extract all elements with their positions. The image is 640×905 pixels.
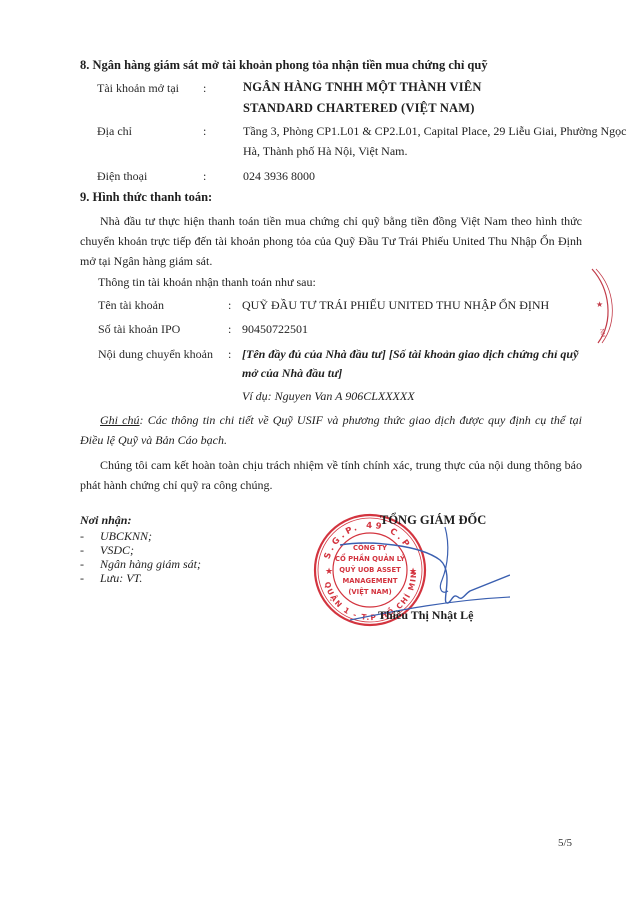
note-paragraph: Ghi chú: Các thông tin chi tiết về Quỹ U…	[80, 410, 582, 450]
section-8-heading: 8. Ngân hàng giám sát mở tài khoản phong…	[80, 58, 488, 73]
transfer-content-line1: [Tên đầy đủ của Nhà đầu tư] [Số tài khoả…	[242, 347, 578, 362]
document-page: 8. Ngân hàng giám sát mở tài khoản phong…	[0, 0, 640, 905]
signatory-name: Thiều Thị Nhật Lệ	[378, 608, 473, 623]
section-9-heading: 9. Hình thức thanh toán:	[80, 190, 212, 205]
colon: :	[228, 322, 231, 337]
account-name-value: QUỸ ĐẦU TƯ TRÁI PHIẾU UNITED THU NHẬP ỔN…	[242, 298, 549, 313]
svg-text:NH: NH	[598, 328, 606, 338]
colon: :	[228, 298, 231, 313]
phone-value: 024 3936 8000	[243, 169, 315, 184]
commitment-paragraph: Chúng tôi cam kết hoàn toàn chịu trách n…	[80, 455, 582, 495]
label-address: Địa chỉ	[97, 124, 132, 139]
transfer-content-line2: mở của Nhà đầu tư]	[242, 366, 342, 381]
edge-seal-icon: ★ NH	[588, 265, 628, 345]
label-account-name: Tên tài khoản	[98, 298, 164, 313]
colon: :	[203, 169, 206, 184]
recipient-item: -UBCKNN;	[80, 529, 152, 544]
payment-paragraph: Nhà đầu tư thực hiện thanh toán tiền mua…	[80, 211, 582, 271]
signature-title: TỔNG GIÁM ĐỐC	[380, 513, 486, 528]
recipient-item: -VSDC;	[80, 543, 134, 558]
colon: :	[228, 347, 231, 362]
address-line1: Tầng 3, Phòng CP1.L01 & CP2.L01, Capital…	[243, 124, 627, 139]
transfer-content-example: Ví dụ: Nguyen Van A 906CLXXXXX	[242, 389, 415, 404]
recipient-item: -Ngân hàng giám sát;	[80, 557, 201, 572]
colon: :	[203, 81, 206, 96]
recipient-item: -Lưu: VT.	[80, 571, 142, 586]
svg-text:★: ★	[596, 300, 603, 309]
account-info-intro: Thông tin tài khoản nhận thanh toán như …	[98, 275, 316, 290]
label-transfer-content: Nội dung chuyển khoản	[98, 347, 213, 362]
colon: :	[203, 124, 206, 139]
note-label: Ghi chú	[100, 413, 140, 427]
ipo-account-number-value: 90450722501	[242, 322, 308, 337]
label-ipo-account-number: Số tài khoản IPO	[98, 322, 180, 337]
bank-name-line2: STANDARD CHARTERED (VIỆT NAM)	[243, 101, 475, 116]
note-text: : Các thông tin chi tiết về Quỹ USIF và …	[80, 413, 582, 447]
address-line2: Hà, Thành phố Hà Nội, Việt Nam.	[243, 144, 407, 159]
bank-name-line1: NGÂN HÀNG TNHH MỘT THÀNH VIÊN	[243, 80, 482, 95]
label-account-opened-at: Tài khoản mở tại	[97, 81, 179, 96]
label-phone: Điện thoại	[97, 169, 147, 184]
page-number: 5/5	[558, 837, 572, 849]
recipients-title: Nơi nhận:	[80, 513, 131, 528]
